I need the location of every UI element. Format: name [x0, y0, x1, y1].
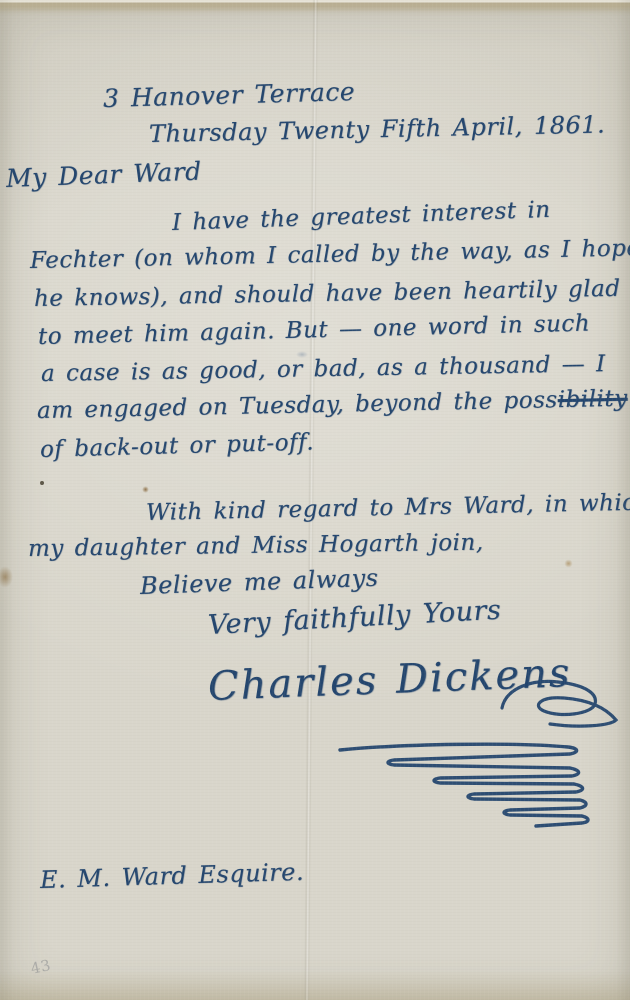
letter-closing-line: With kind regard to Mrs Ward, in which [146, 489, 630, 526]
ink-dot [40, 481, 44, 485]
date-line: Thursday Twenty Fifth April, 1861. [149, 110, 606, 148]
signature-flourish [332, 740, 594, 832]
addressee-line: E. M. Ward Esquire. [40, 858, 305, 894]
letter-body-line: am engaged on Tuesday, beyond the possib… [37, 386, 628, 424]
signature-end-loop [498, 674, 623, 730]
pencil-annotation: 43 [29, 956, 52, 978]
salutation-line: My Dear Ward [5, 156, 202, 192]
letter-body-line: a case is as good, or bad, as a thousand… [41, 351, 606, 387]
letter-body-line: I have the greatest interest in [172, 197, 551, 236]
letter-body-line: Fechter (on whom I called by the way, as… [30, 235, 630, 274]
foxing-stain [563, 558, 574, 569]
letter-closing-line: Very faithfully Yours [207, 595, 502, 641]
letter-body-line: he knows), and should have been heartily… [34, 276, 621, 312]
foxing-stain [141, 485, 150, 494]
letter-closing-line: my daughter and Miss Hogarth join, [28, 530, 484, 562]
letter-closing-line: Believe me always [140, 564, 379, 600]
letter-body-line-text: am engaged on Tuesday, beyond the poss [37, 387, 558, 424]
address-line: 3 Hanover Terrace [103, 77, 356, 113]
letter-body-line: of back-out or put-off. [40, 429, 315, 463]
struck-out-word: ibility [557, 386, 627, 413]
letter-page: 3 Hanover Terrace Thursday Twenty Fifth … [0, 0, 630, 1000]
foxing-stain [0, 562, 16, 592]
